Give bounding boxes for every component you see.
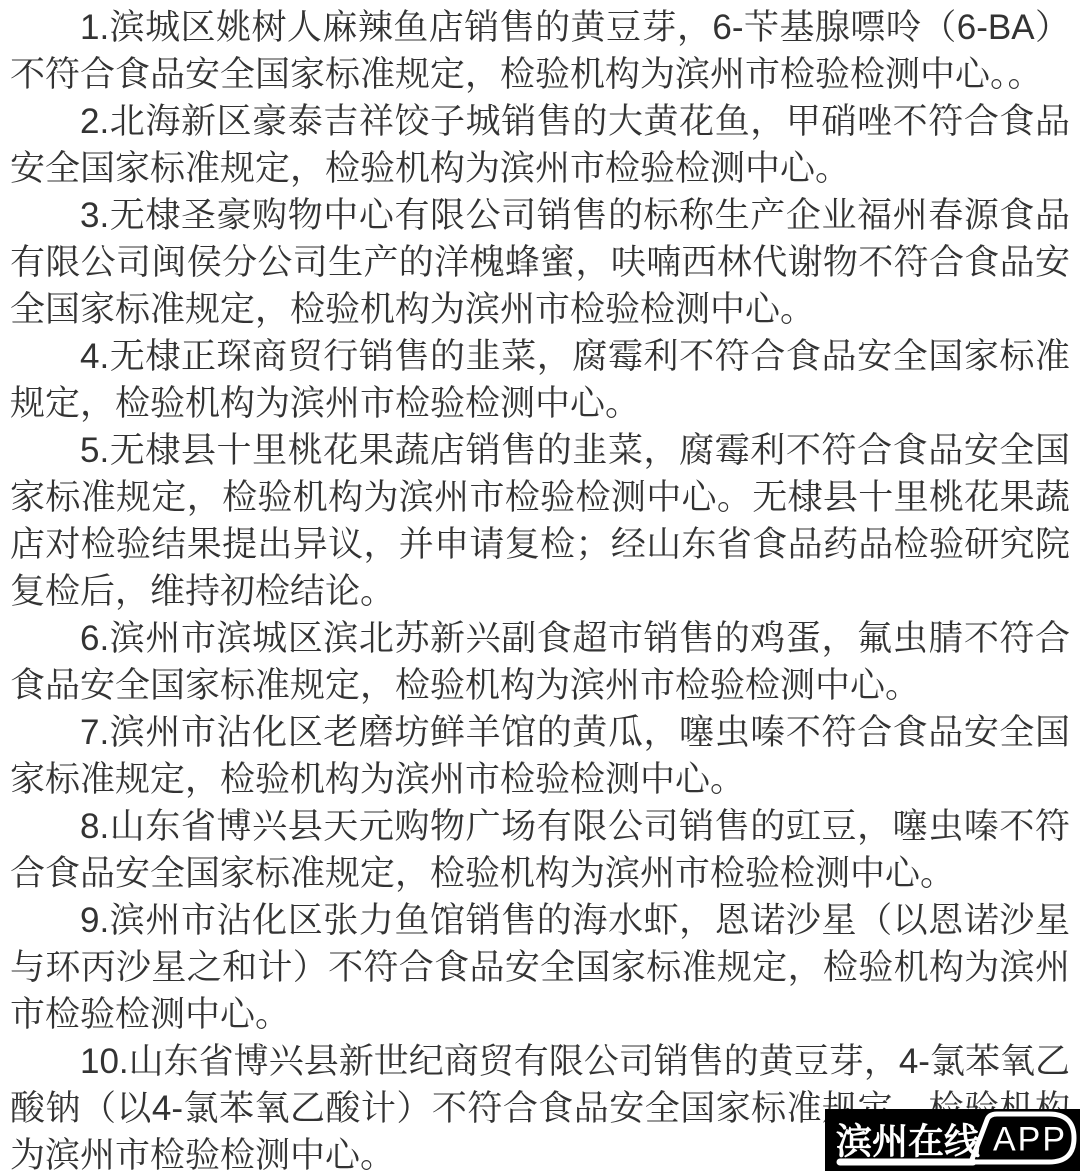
- article-paragraph: 4.无棣正琛商贸行销售的韭菜，腐霉利不符合食品安全国家标准规定，检验机构为滨州市…: [10, 333, 1070, 427]
- article-paragraph: 9.滨州市沾化区张力鱼馆销售的海水虾，恩诺沙星（以恩诺沙星与环丙沙星之和计）不符…: [10, 897, 1070, 1038]
- article-paragraph: 3.无棣圣豪购物中心有限公司销售的标称生产企业福州春源食品有限公司闽侯分公司生产…: [10, 192, 1070, 333]
- article-paragraph: 1.滨城区姚树人麻辣鱼店销售的黄豆芽，6-苄基腺嘌呤（6-BA）不符合食品安全国…: [10, 4, 1070, 98]
- article-body: 1.滨城区姚树人麻辣鱼店销售的黄豆芽，6-苄基腺嘌呤（6-BA）不符合食品安全国…: [0, 0, 1080, 1176]
- watermark-badge: 滨州在线 APP: [825, 1109, 1080, 1171]
- article-paragraph: 8.山东省博兴县天元购物广场有限公司销售的豇豆，噻虫嗪不符合食品安全国家标准规定…: [10, 803, 1070, 897]
- watermark-app-label: APP: [993, 1121, 1067, 1160]
- watermark-brand-text: 滨州在线: [836, 1113, 980, 1164]
- article-paragraph: 2.北海新区豪泰吉祥饺子城销售的大黄花鱼，甲硝唑不符合食品安全国家标准规定，检验…: [10, 98, 1070, 192]
- article-paragraph: 7.滨州市沾化区老磨坊鲜羊馆的黄瓜，噻虫嗪不符合食品安全国家标准规定，检验机构为…: [10, 709, 1070, 803]
- article-paragraph: 5.无棣县十里桃花果蔬店销售的韭菜，腐霉利不符合食品安全国家标准规定，检验机构为…: [10, 427, 1070, 615]
- article-paragraph: 6.滨州市滨城区滨北苏新兴副食超市销售的鸡蛋，氟虫腈不符合食品安全国家标准规定，…: [10, 615, 1070, 709]
